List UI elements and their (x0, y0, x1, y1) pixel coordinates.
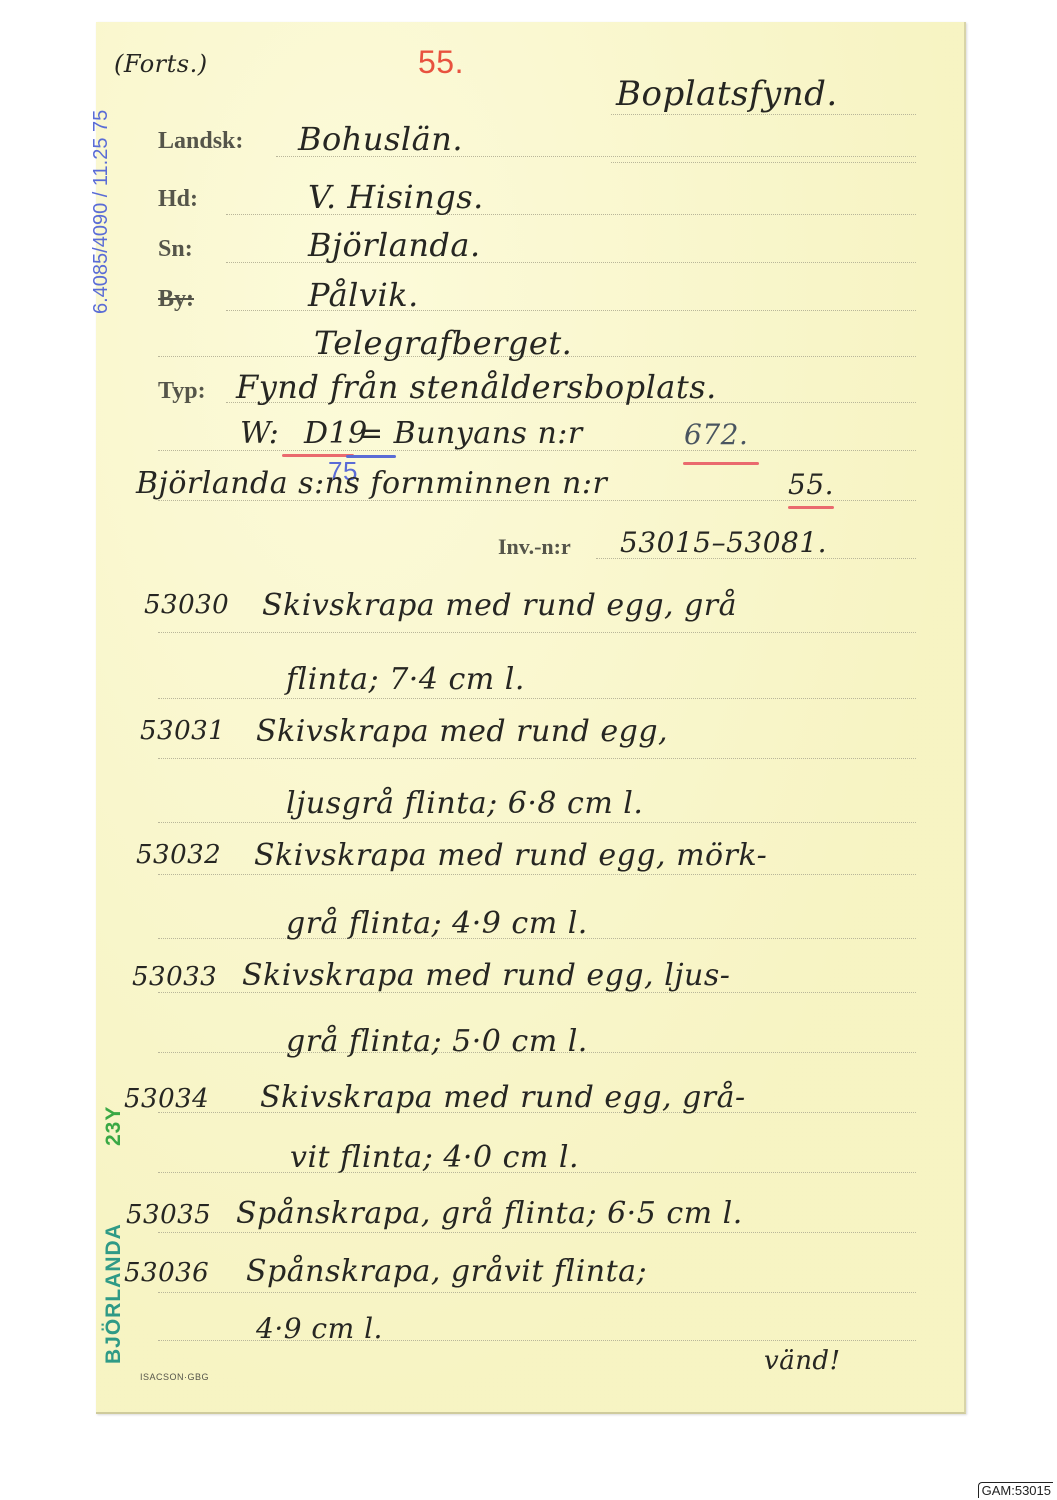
bunyan-number: 672. (684, 418, 748, 451)
printer-mark: ISACSON·GBG (140, 1372, 209, 1382)
dotted-rule (158, 822, 916, 823)
field-label-by-struck: By: (158, 286, 194, 313)
continued-note: (Forts.) (114, 50, 208, 78)
entry-line2: vit flinta; 4·0 cm l. (290, 1140, 579, 1175)
entry-id: 53030 (144, 590, 229, 620)
inventory-label: Inv.-n:r (498, 534, 571, 560)
field-label-sn: Sn: (158, 236, 193, 263)
reference-prefix: W: (240, 416, 279, 451)
category-title: Boplatsfynd. (616, 74, 838, 114)
field-label-landsk: Landsk: (158, 128, 243, 155)
turn-over-note: vänd! (764, 1346, 841, 1376)
place-stamp: BJÖRLANDA (102, 1223, 126, 1364)
entry-line2: 4·9 cm l. (256, 1312, 383, 1345)
archive-id-label: GAM:53015 (978, 1482, 1053, 1498)
entry-line1: Spånskrapa, grå flinta; 6·5 cm l. (236, 1196, 743, 1231)
entry-line1: Skivskrapa med rund egg, ljus- (242, 958, 730, 993)
entry-id: 53036 (124, 1258, 209, 1288)
dotted-rule (158, 758, 916, 759)
entry-line2: flinta; 7·4 cm l. (286, 662, 525, 697)
field-label-hd: Hd: (158, 186, 198, 213)
entry-line1: Skivskrapa med rund egg, grå (262, 588, 737, 623)
entry-id: 53031 (140, 716, 225, 746)
field-value-locality: Telegrafberget. (314, 324, 572, 362)
dotted-rule (158, 1292, 916, 1293)
inventory-range: 53015–53081. (620, 526, 827, 559)
parish-line-text: Björlanda s:ns fornminnen n:r (136, 466, 607, 501)
field-value-hd: V. Hisings. (308, 178, 484, 216)
dotted-rule (611, 114, 916, 115)
entry-id: 53035 (126, 1200, 211, 1230)
dotted-rule (158, 1232, 916, 1233)
catalog-card: (Forts.) 55. Boplatsfynd. Landsk: Bohusl… (96, 22, 966, 1414)
entry-line1: Skivskrapa med rund egg, (256, 714, 668, 749)
entry-line1: Spånskrapa, gråvit flinta; (246, 1254, 647, 1289)
margin-pencil-note: 6.4085/4090 / 11.25 75 (90, 110, 113, 314)
field-value-by: Pålvik. (308, 276, 419, 314)
field-label-typ: Typ: (158, 378, 206, 405)
entry-line2: grå flinta; 5·0 cm l. (286, 1024, 588, 1059)
field-value-sn: Björlanda. (308, 226, 481, 264)
entry-line1: Skivskrapa med rund egg, grå- (260, 1080, 746, 1115)
entry-line2: grå flinta; 4·9 cm l. (286, 906, 588, 941)
entry-id: 53032 (136, 840, 221, 870)
red-underline (788, 506, 834, 509)
field-value-typ: Fynd från stenåldersboplats. (236, 368, 717, 406)
parish-number: 55. (788, 468, 834, 501)
dotted-rule (158, 698, 916, 699)
dotted-rule (611, 162, 916, 163)
dotted-rule (158, 632, 916, 633)
code-stamp: 23Y (102, 1106, 126, 1146)
entry-line1: Skivskrapa med rund egg, mörk- (254, 838, 767, 873)
dotted-rule (158, 874, 916, 875)
card-number: 55. (418, 44, 464, 81)
entry-id: 53034 (124, 1084, 209, 1114)
reference-equals-text: = Bunyans n:r (358, 416, 583, 451)
red-underline (683, 462, 759, 465)
entry-line2: ljusgrå flinta; 6·8 cm l. (286, 786, 643, 821)
entry-id: 53033 (132, 962, 217, 992)
field-value-landsk: Bohuslän. (298, 120, 463, 158)
